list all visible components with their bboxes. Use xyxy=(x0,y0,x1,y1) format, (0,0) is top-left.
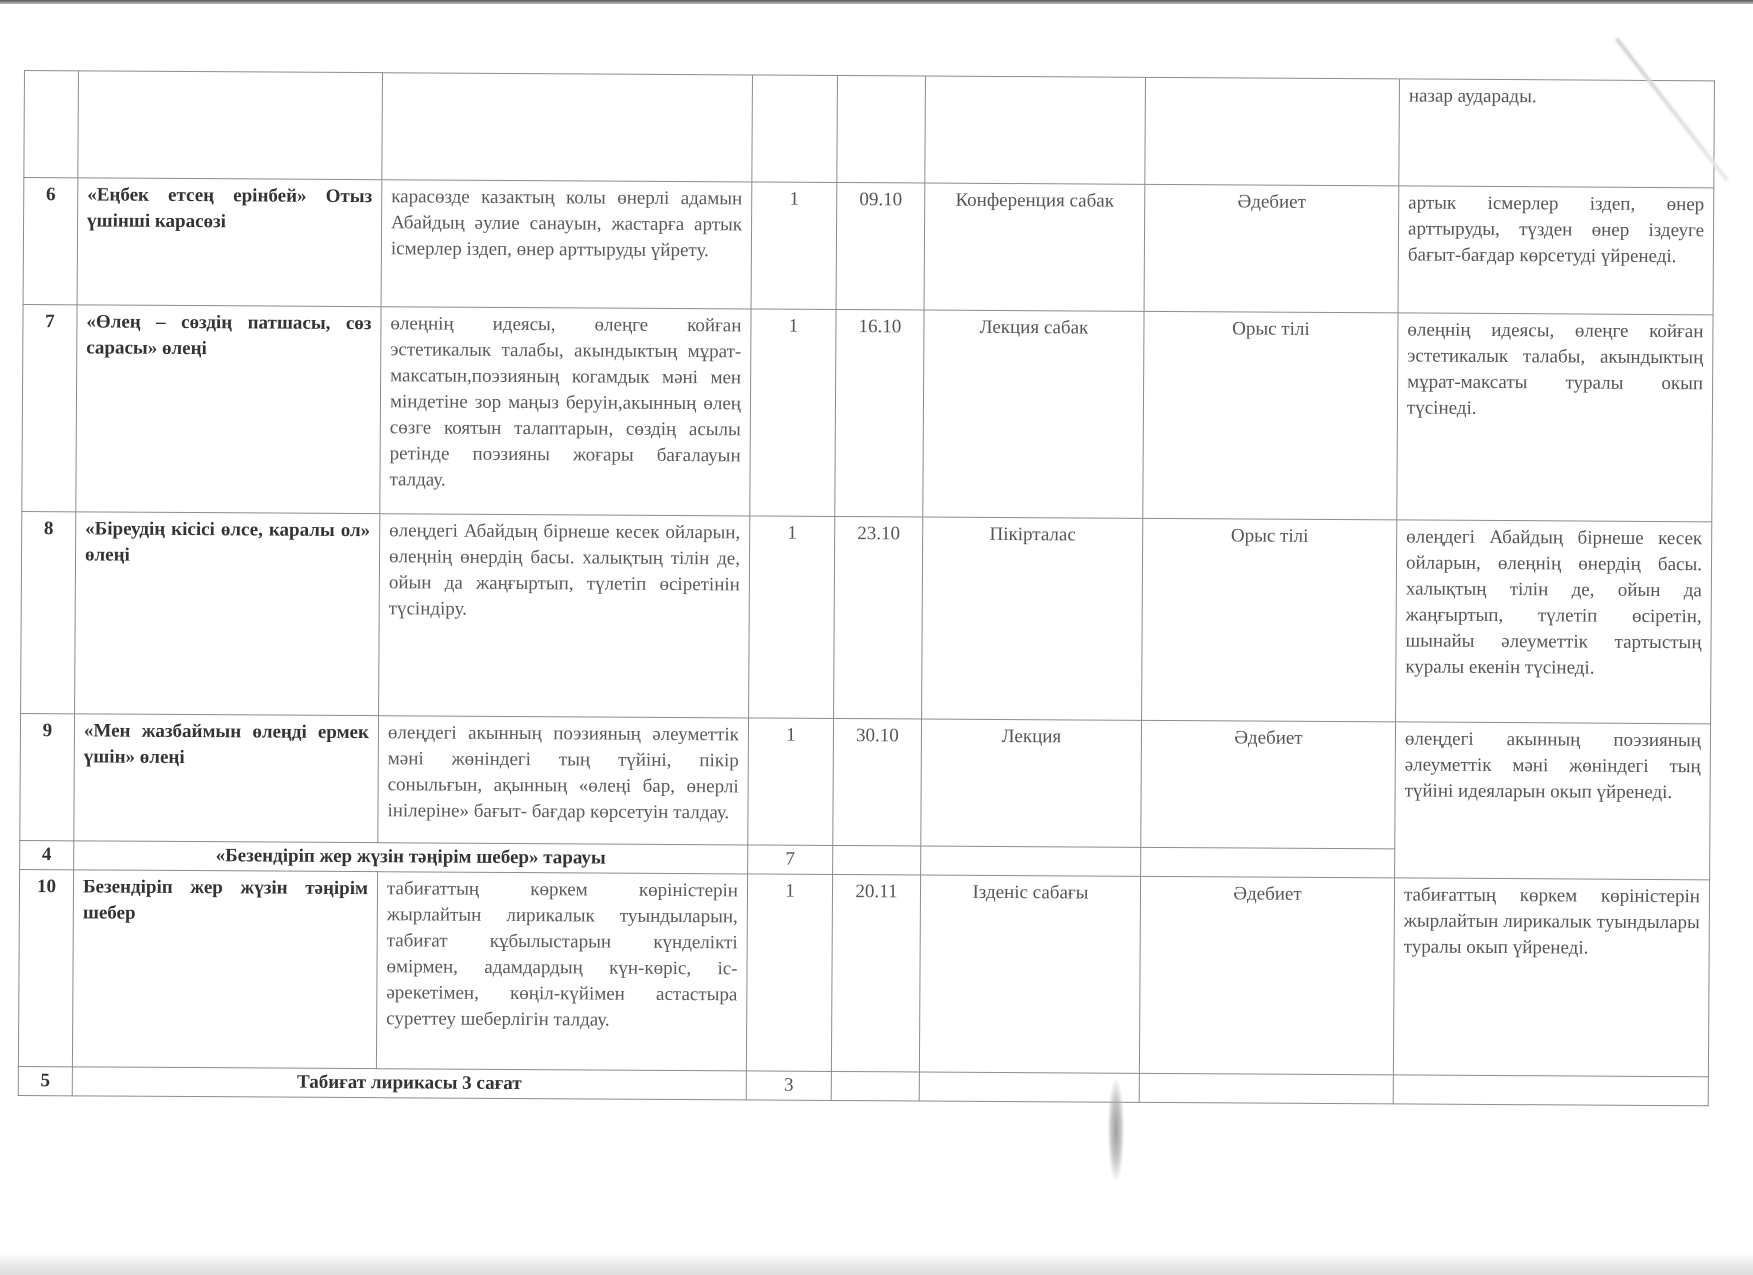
cell-goal: табиғаттың көркем көріністерін жырлайтын… xyxy=(376,872,747,1071)
cell-hours: 1 xyxy=(748,718,834,846)
cell-link: Әдебиет xyxy=(1139,876,1394,1075)
cell-link: Әдебиет xyxy=(1144,184,1399,313)
cell-type xyxy=(921,846,1141,876)
cell-date xyxy=(833,845,921,875)
cell-hours: 1 xyxy=(746,874,832,1072)
cell-date xyxy=(837,75,926,183)
table-row: 6 «Еңбек етсең ерінбей» Отыз үшінші кара… xyxy=(23,178,1714,315)
cell-type: Ізденіс сабағы xyxy=(919,875,1140,1073)
table-row: 7 «Өлең – сөздің патшасы, сөз сарасы» өл… xyxy=(22,304,1713,521)
cell-link xyxy=(1141,847,1395,878)
document-page: назар аударады. 6 «Еңбек етсең ерінбей» … xyxy=(18,70,1714,1106)
cell-topic: «Біреудің кісісі өлсе, каралы ол» өлеңі xyxy=(75,512,380,716)
scan-edge-bottom xyxy=(0,1252,1753,1275)
cell-type: Лекция сабак xyxy=(923,310,1144,518)
cell-link: Әдебиет xyxy=(1141,720,1396,849)
cell-link xyxy=(1145,77,1400,186)
section-hours: 7 xyxy=(748,845,833,875)
cell-date: 16.10 xyxy=(835,309,924,517)
cell-goal xyxy=(382,73,753,182)
cell-type xyxy=(925,76,1146,184)
cell-num: 7 xyxy=(22,304,77,511)
cell-goal: карасөзде казактың колы өнерлі адамын Аб… xyxy=(381,180,752,309)
lesson-plan-table: назар аударады. 6 «Еңбек етсең ерінбей» … xyxy=(18,70,1715,1106)
cell-hours xyxy=(752,75,838,183)
section-hours: 3 xyxy=(746,1071,831,1101)
section-num: 5 xyxy=(18,1066,72,1095)
table-row: 9 «Мен жазбаймын өлеңді ермек үшін» өлең… xyxy=(20,713,1711,850)
cell-date xyxy=(831,1071,919,1101)
cell-result: табиғаттың көркем көріністерін жырлайтын… xyxy=(1393,878,1709,1077)
cell-num: 9 xyxy=(20,713,75,840)
scan-edge-top xyxy=(0,0,1753,4)
cell-hours: 1 xyxy=(750,309,836,517)
cell-num: 6 xyxy=(23,178,78,305)
ink-smudge xyxy=(1108,1080,1124,1180)
cell-num: 10 xyxy=(18,869,73,1066)
cell-result xyxy=(1393,1075,1708,1106)
cell-type xyxy=(919,1072,1139,1102)
table-row-continuation: назар аударады. xyxy=(24,71,1715,188)
cell-topic xyxy=(78,71,383,180)
cell-goal: өлеңнің идеясы, өлеңге койған эстетикалы… xyxy=(380,307,751,516)
section-title: Табиғат лирикасы 3 сағат xyxy=(72,1067,746,1100)
cell-link xyxy=(1139,1073,1393,1104)
cell-date: 09.10 xyxy=(836,182,925,310)
cell-result: назар аударады. xyxy=(1399,79,1715,188)
cell-topic: «Өлең – сөздің патшасы, сөз сарасы» өлең… xyxy=(76,305,381,514)
cell-date: 23.10 xyxy=(834,516,923,719)
cell-topic: «Еңбек етсең ерінбей» Отыз үшінші карасө… xyxy=(77,178,382,307)
table-row: 10 Безендіріп жер жүзін тәңірім шебер та… xyxy=(18,869,1709,1076)
cell-goal: өлеңдегі Абайдың бірнеше кесек ойларын, … xyxy=(379,514,750,718)
cell-result: өлеңдегі Абайдың бірнеше кесек ойларын, … xyxy=(1396,520,1712,724)
section-title: «Безендіріп жер жүзін тәңірім шебер» тар… xyxy=(74,841,748,874)
table-row: 8 «Біреудің кісісі өлсе, каралы ол» өлең… xyxy=(21,511,1712,723)
cell-goal: өлеңдегі акынның поэзияның әлеуметтік мә… xyxy=(378,716,749,845)
cell-result: артык ісмерлер іздеп, өнер арттыруды, тү… xyxy=(1398,186,1714,315)
cell-hours: 1 xyxy=(749,516,835,719)
cell-num: 8 xyxy=(21,511,76,713)
cell-link: Орыс тілі xyxy=(1143,311,1398,520)
cell-link: Орыс тілі xyxy=(1142,518,1397,722)
cell-date: 20.11 xyxy=(831,874,920,1072)
cell-result: өлеңдегі акынның поэзияның әлеуметтік мә… xyxy=(1395,722,1711,880)
cell-type: Лекция xyxy=(921,719,1142,847)
cell-num xyxy=(24,71,79,178)
cell-date: 30.10 xyxy=(833,718,922,846)
section-num: 4 xyxy=(20,840,74,869)
cell-type: Конференция сабак xyxy=(924,183,1145,311)
cell-topic: «Мен жазбаймын өлеңді ермек үшін» өлеңі xyxy=(74,714,379,843)
cell-hours: 1 xyxy=(751,182,837,310)
cell-type: Пікірталас xyxy=(922,517,1143,720)
cell-topic: Безендіріп жер жүзін тәңірім шебер xyxy=(72,870,377,1069)
cell-result: өлеңнің идеясы, өлеңге койған эстетикалы… xyxy=(1397,313,1713,522)
